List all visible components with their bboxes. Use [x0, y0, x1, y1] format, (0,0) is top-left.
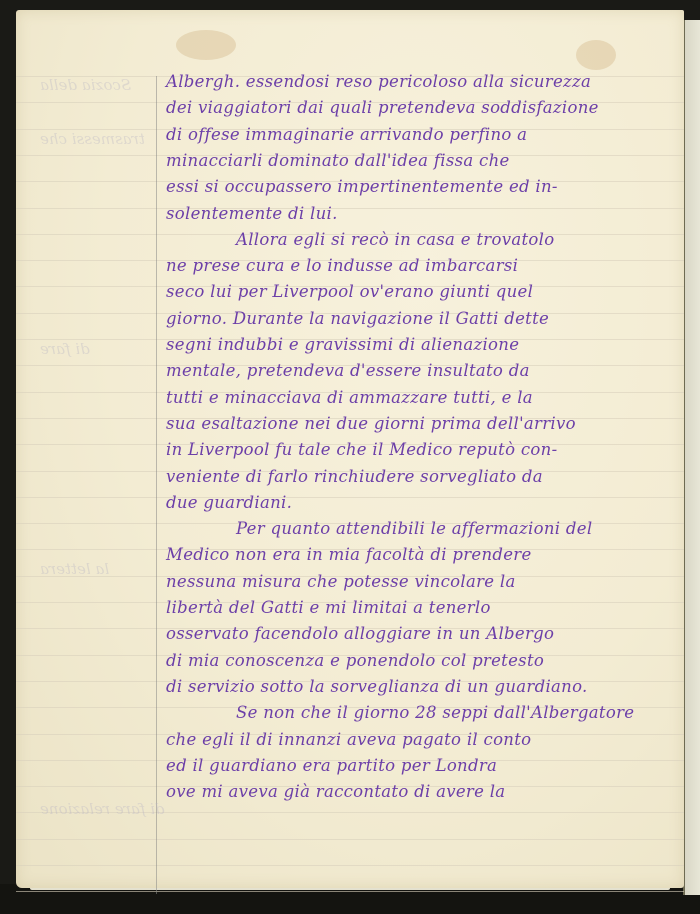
manuscript-line: dei viaggiatori dai quali pretendeva sod…	[166, 98, 599, 117]
ruled-line	[16, 839, 684, 840]
manuscript-line: Medico non era in mia facoltà di prender…	[166, 545, 532, 564]
manuscript-line: di offese immaginarie arrivando perfino …	[166, 125, 527, 144]
manuscript-line: solentemente di lui.	[166, 204, 338, 223]
bleed-through-line: di fare	[40, 340, 90, 358]
manuscript-line: essi si occupassero impertinentemente ed…	[166, 177, 558, 196]
manuscript-line: due guardiani.	[166, 493, 292, 512]
manuscript-line: minacciarli dominato dall'idea fissa che	[166, 151, 510, 170]
ruled-line	[16, 497, 684, 498]
ruled-line	[16, 891, 684, 892]
manuscript-line: di servizio sotto la sorveglianza di un …	[166, 677, 588, 696]
paper-stain	[176, 30, 236, 60]
bleed-through-line: Scozia della	[40, 76, 131, 94]
manuscript-line: Allora egli si recò in casa e trovatolo	[236, 230, 554, 249]
manuscript-line: ed il guardiano era partito per Londra	[166, 756, 497, 775]
manuscript-line: giorno. Durante la navigazione il Gatti …	[166, 309, 549, 328]
manuscript-line: nessuna misura che potesse vincolare la	[166, 572, 516, 591]
bleed-through-line: trasmessi che	[40, 130, 145, 148]
manuscript-line: tutti e minacciava di ammazzare tutti, e…	[166, 388, 533, 407]
manuscript-line: sua esaltazione nei due giorni prima del…	[166, 414, 576, 433]
manuscript-line: libertà del Gatti e mi limitai a tenerlo	[166, 598, 491, 617]
manuscript-line: in Liverpool fu tale che il Medico reput…	[166, 440, 557, 459]
manuscript-line: osservato facendolo alloggiare in un Alb…	[166, 624, 554, 643]
manuscript-line: seco lui per Liverpool ov'erano giunti q…	[166, 282, 533, 301]
manuscript-line: veniente di farlo rinchiudere sorvegliat…	[166, 467, 543, 486]
manuscript-line: mentale, pretendeva d'essere insultato d…	[166, 361, 530, 380]
manuscript-line: segni indubbi e gravissimi di alienazion…	[166, 335, 519, 354]
margin-line	[156, 76, 157, 894]
ruled-line	[16, 208, 684, 209]
manuscript-line: Per quanto attendibili le affermazioni d…	[236, 519, 592, 538]
ruled-line	[16, 865, 684, 866]
bleed-through-line: di fare relazione	[40, 800, 165, 818]
adjacent-page-edge	[683, 20, 700, 895]
manuscript-line: che egli il di innanzi aveva pagato il c…	[166, 730, 531, 749]
manuscript-line: ne prese cura e lo indusse ad imbarcarsi	[166, 256, 518, 275]
manuscript-line: ove mi aveva già raccontato di avere la	[166, 782, 505, 801]
bleed-through-line: la lettera	[40, 560, 109, 578]
paper-stain	[576, 40, 616, 70]
manuscript-line: Se non che il giorno 28 seppi dall'Alber…	[236, 703, 634, 722]
manuscript-line: Albergh. essendosi reso pericoloso alla …	[166, 72, 591, 91]
manuscript-line: di mia conoscenza e ponendolo col pretes…	[166, 651, 544, 670]
